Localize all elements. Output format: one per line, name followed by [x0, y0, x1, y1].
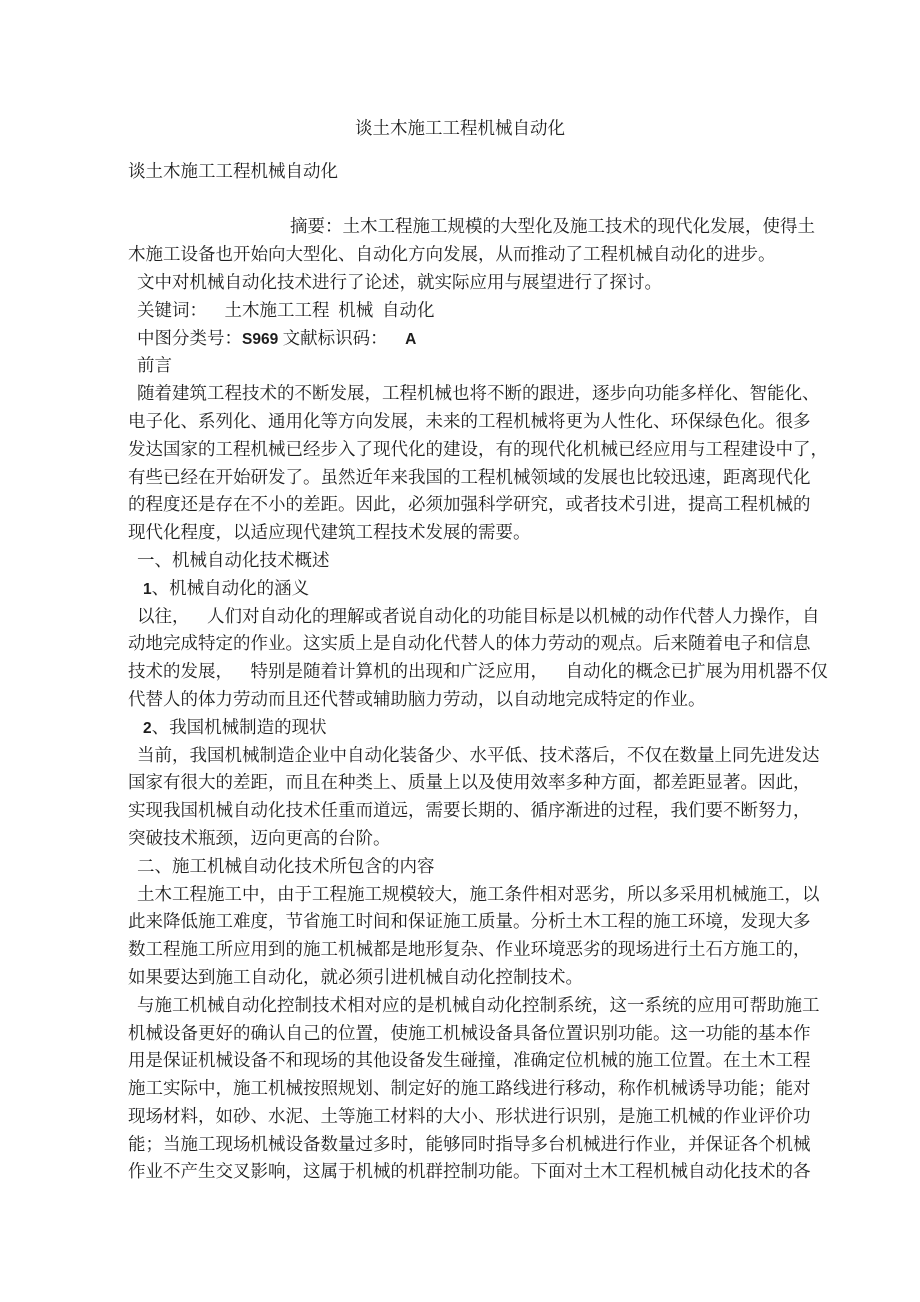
text-line: 发达国家的工程机械已经步入了现代化的建设，有的现代化机械已经应用与工程建设中了，: [128, 436, 792, 464]
section-heading: 一、机械自动化技术概述: [128, 547, 792, 575]
document-subtitle: 谈土木施工工程机械自动化: [128, 158, 792, 186]
text-line: 当前，我国机械制造企业中自动化装备少、水平低、技术落后，不仅在数量上同先进发达: [128, 742, 792, 770]
cjk-text-segment: 文献标识码：: [278, 328, 405, 348]
blank-line: [128, 186, 792, 214]
cjk-text-segment: 、我国机械制造的现状: [152, 717, 327, 737]
document-title: 谈土木施工工程机械自动化: [128, 115, 792, 143]
text-line: 的程度还是存在不小的差距。因此，必须加强科学研究，或者技术引进，提高工程机械的: [128, 491, 792, 519]
text-line: 如果要达到施工自动化，就必须引进机械自动化控制技术。: [128, 964, 792, 992]
text-line: 用是保证机械设备不和现场的其他设备发生碰撞，准确定位机械的施工位置。在土木工程: [128, 1047, 792, 1075]
text-line: 现代化程度，以适应现代建筑工程技术发展的需要。: [128, 519, 792, 547]
section-heading: 前言: [128, 352, 792, 380]
text-line: 实现我国机械自动化技术任重而道远，需要长期的、循序渐进的过程，我们要不断努力，: [128, 797, 792, 825]
text-line: 电子化、系列化、通用化等方向发展，未来的工程机械将更为人性化、环保绿色化。很多: [128, 408, 792, 436]
section-heading: 二、施工机械自动化技术所包含的内容: [128, 853, 792, 881]
text-line: 代替人的体力劳动而且还代替或辅助脑力劳动，以自动地完成特定的作业。: [128, 686, 792, 714]
text-line: 动地完成特定的作业。这实质上是自动化代替人的体力劳动的观点。后来随着电子和信息: [128, 630, 792, 658]
text-line: 技术的发展， 特别是随着计算机的出现和广泛应用， 自动化的概念已扩展为用机器不仅: [128, 658, 792, 686]
text-line: 与施工机械自动化控制技术相对应的是机械自动化控制系统，这一系统的应用可帮助施工: [128, 992, 792, 1020]
section-heading: 2、我国机械制造的现状: [128, 714, 792, 742]
cjk-text-segment: 、机械自动化的涵义: [152, 578, 310, 598]
text-line: 中图分类号：S969 文献标识码： A: [128, 325, 792, 353]
text-line: 木施工设备也开始向大型化、自动化方向发展，从而推动了工程机械自动化的进步。: [128, 241, 792, 269]
text-line: 此来降低施工难度，节省施工时间和保证施工质量。分析土木工程的施工环境，发现大多: [128, 908, 792, 936]
latin-text-segment: A: [405, 331, 416, 348]
text-line: 国家有很大的差距，而且在种类上、质量上以及使用效率多种方面，都差距显著。因此，: [128, 769, 792, 797]
text-line: 以往， 人们对自动化的理解或者说自动化的功能目标是以机械的动作代替人力操作，自: [128, 603, 792, 631]
section-heading: 1、机械自动化的涵义: [128, 575, 792, 603]
text-line: 关键词： 土木施工工程 机械 自动化: [128, 297, 792, 325]
text-line: 突破技术瓶颈，迈向更高的台阶。: [128, 825, 792, 853]
latin-text-segment: 2: [143, 720, 152, 737]
text-line: 土木工程施工中，由于工程施工规模较大，施工条件相对恶劣，所以多采用机械施工，以: [128, 881, 792, 909]
latin-text-segment: S969: [242, 331, 278, 348]
text-line: 数工程施工所应用到的施工机械都是地形复杂、作业环境恶劣的现场进行土石方施工的，: [128, 936, 792, 964]
text-line: 现场材料，如砂、水泥、土等施工材料的大小、形状进行识别，是施工机械的作业评价功: [128, 1103, 792, 1131]
text-line: 能；当施工现场机械设备数量过多时，能够同时指导多台机械进行作业，并保证各个机械: [128, 1131, 792, 1159]
latin-text-segment: 1: [143, 581, 152, 598]
document-body: 谈土木施工工程机械自动化谈土木施工工程机械自动化摘要：土木工程施工规模的大型化及…: [128, 115, 792, 1186]
text-line: 有些已经在开始研发了。虽然近年来我国的工程机械领域的发展也比较迅速，距离现代化: [128, 464, 792, 492]
screenshot-root: { "page": { "background_color": "#ffffff…: [0, 0, 920, 1302]
cjk-text-segment: 中图分类号：: [137, 328, 242, 348]
text-line: 摘要：土木工程施工规模的大型化及施工技术的现代化发展，使得土: [128, 213, 792, 241]
document-page: 谈土木施工工程机械自动化谈土木施工工程机械自动化摘要：土木工程施工规模的大型化及…: [0, 0, 920, 1302]
text-line: 随着建筑工程技术的不断发展，工程机械也将不断的跟进，逐步向功能多样化、智能化、: [128, 380, 792, 408]
text-line: 施工实际中，施工机械按照规划、制定好的施工路线进行移动，称作机械诱导功能；能对: [128, 1075, 792, 1103]
text-line: 作业不产生交叉影响，这属于机械的机群控制功能。下面对土木工程机械自动化技术的各: [128, 1158, 792, 1186]
text-line: 文中对机械自动化技术进行了论述，就实际应用与展望进行了探讨。: [128, 269, 792, 297]
text-line: 机械设备更好的确认自己的位置，使施工机械设备具备位置识别功能。这一功能的基本作: [128, 1020, 792, 1048]
